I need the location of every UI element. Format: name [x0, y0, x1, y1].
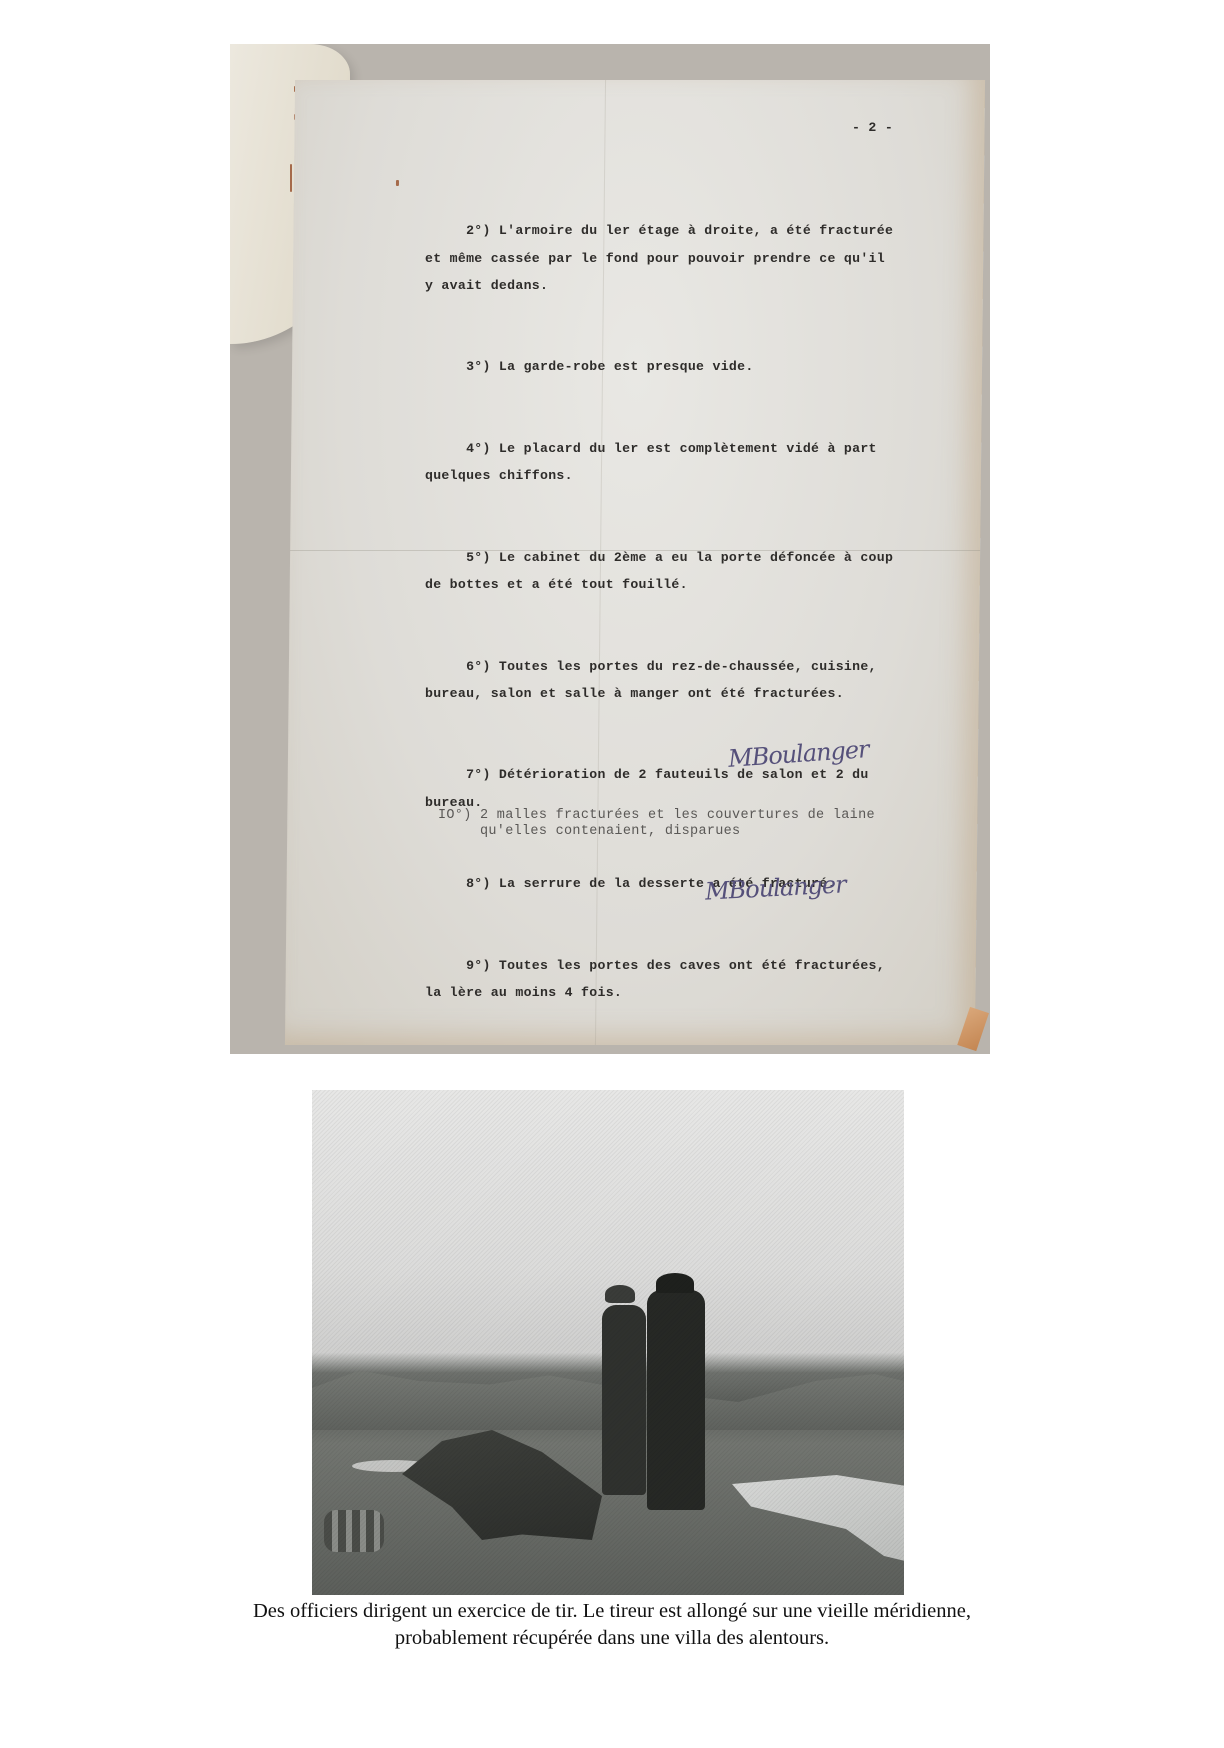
item-5: 5°) Le cabinet du 2ème a eu la porte déf…: [425, 544, 910, 598]
rust-streak: [290, 164, 292, 192]
striped-cushion: [324, 1510, 384, 1552]
prone-shooter-on-chaise: [402, 1430, 602, 1540]
page-number: - 2 -: [852, 120, 893, 135]
peaked-cap: [656, 1273, 694, 1293]
field-cap: [605, 1285, 635, 1303]
letter-body: 2°) L'armoire du ler étage à droite, a é…: [425, 163, 910, 1054]
photo-caption: Des officiers dirigent un exercice de ti…: [150, 1598, 1074, 1652]
letter-photograph: - 2 - 2°) L'armoire du ler étage à droit…: [230, 44, 990, 1054]
puddle: [732, 1475, 904, 1565]
shooting-exercise-photograph: [312, 1090, 904, 1595]
standing-officer-greatcoat: [647, 1290, 705, 1510]
addendum-item-10: IO°) 2 malles fracturées et les couvertu…: [438, 808, 875, 840]
caption-line-2: probablement récupérée dans une villa de…: [150, 1625, 1074, 1652]
item-3: 3°) La garde-robe est presque vide.: [425, 353, 910, 380]
caption-line-1: Des officiers dirigent un exercice de ti…: [150, 1598, 1074, 1625]
item-6: 6°) Toutes les portes du rez-de-chaussée…: [425, 653, 910, 707]
item-4: 4°) Le placard du ler est complètement v…: [425, 435, 910, 489]
standing-soldier: [602, 1305, 646, 1495]
item-2: 2°) L'armoire du ler étage à droite, a é…: [425, 217, 910, 299]
item-9: 9°) Toutes les portes des caves ont été …: [425, 952, 910, 1006]
staple-hole: [396, 180, 399, 186]
